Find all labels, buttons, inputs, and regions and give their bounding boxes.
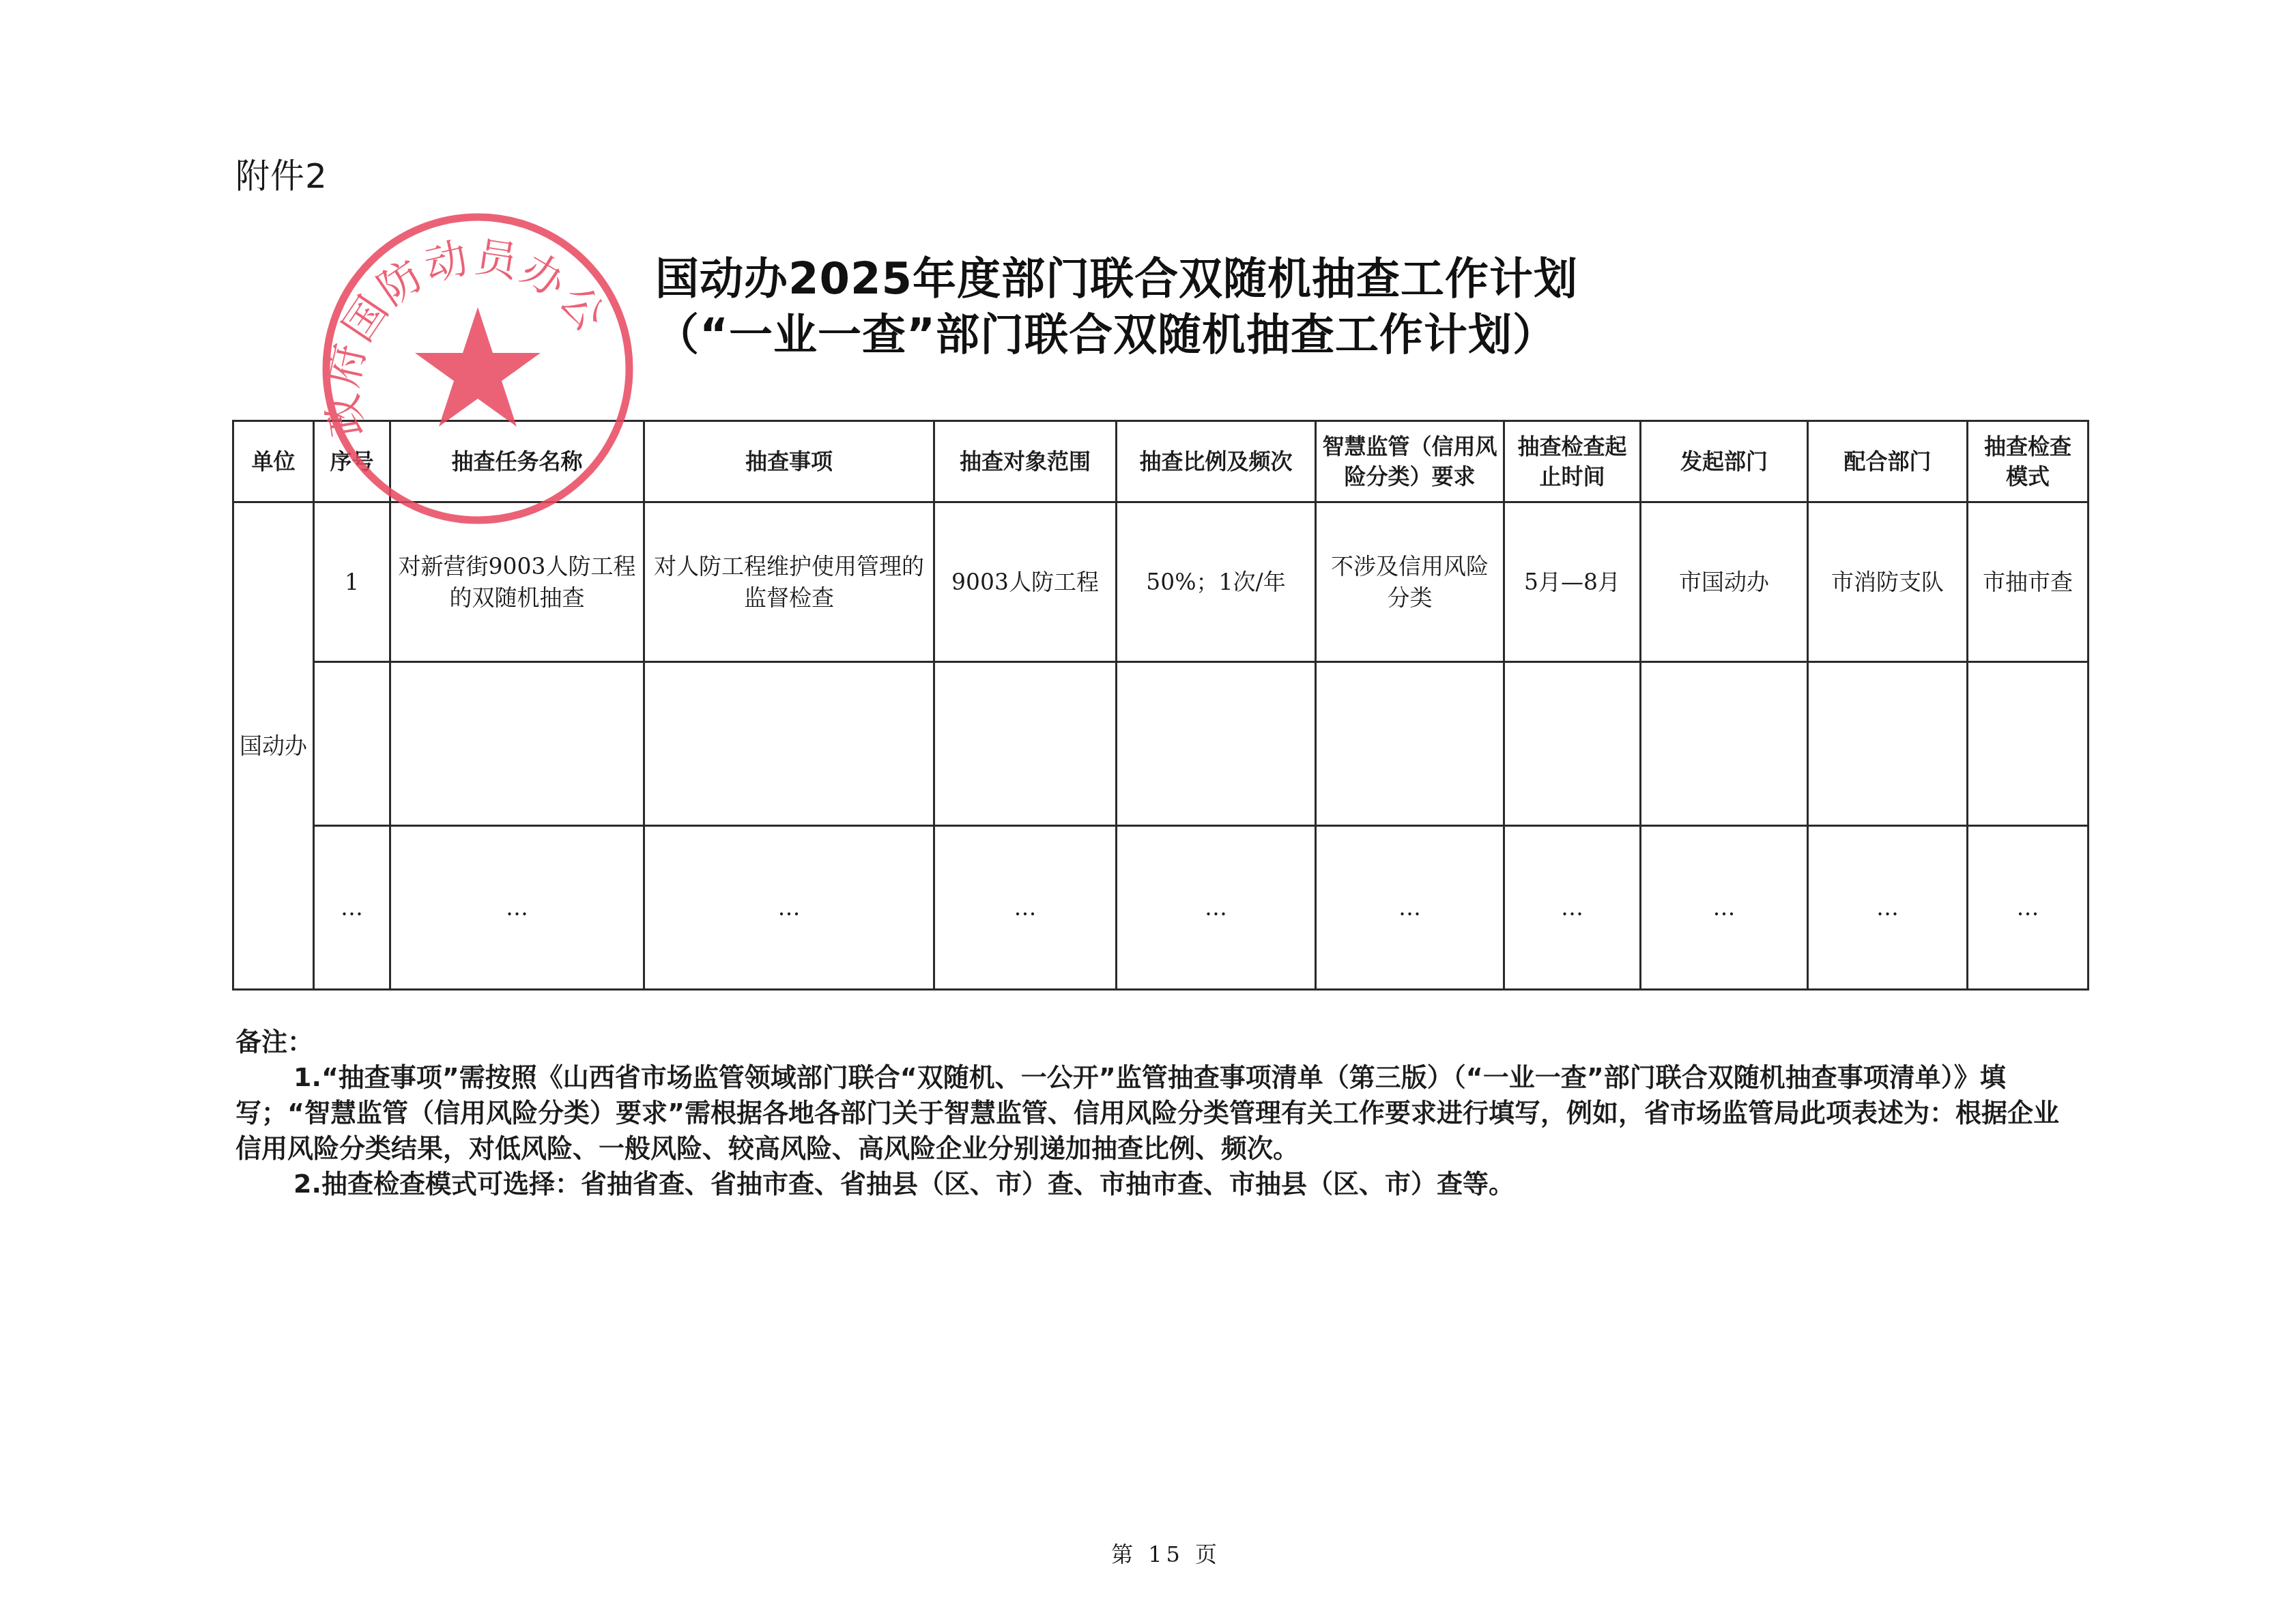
page-number: 第 15 页 xyxy=(1111,1537,1221,1569)
cooperator-cell: 市消防支队 xyxy=(1808,502,1968,662)
cooperator-cell xyxy=(1808,662,1968,826)
initiator-cell xyxy=(1641,662,1808,826)
smart-supervision-cell: … xyxy=(1316,826,1504,990)
seq-cell: 1 xyxy=(314,502,390,662)
smart-supervision-cell: 不涉及信用风险分类 xyxy=(1316,502,1504,662)
items-cell: 对人防工程维护使用管理的监督检查 xyxy=(644,502,934,662)
table-row: ………………………… xyxy=(233,826,2089,990)
column-header: 智慧监管（信用风险分类）要求 xyxy=(1316,421,1504,502)
period-cell: … xyxy=(1504,826,1641,990)
seal-text: 政府国防动员办公室 xyxy=(317,208,617,440)
initiator-cell: … xyxy=(1641,826,1808,990)
attachment-label: 附件2 xyxy=(235,149,328,198)
task-name-cell xyxy=(390,662,644,826)
table-header-row: 单位序号抽查任务名称抽查事项抽查对象范围抽查比例及频次智慧监管（信用风险分类）要… xyxy=(233,421,2089,502)
unit-cell: 国动办 xyxy=(233,502,314,990)
column-header: 单位 xyxy=(233,421,314,502)
mode-cell: 市抽市查 xyxy=(1968,502,2089,662)
items-cell: … xyxy=(644,826,934,990)
period-cell xyxy=(1504,662,1641,826)
column-header: 抽查检查起止时间 xyxy=(1504,421,1641,502)
column-header: 发起部门 xyxy=(1641,421,1808,502)
title-line-1: 国动办2025年度部门联合双随机抽查工作计划 xyxy=(655,251,1679,307)
note-item-2: 2.抽查检查模式可选择：省抽省查、省抽市查、省抽县（区、市）查、市抽市查、市抽县… xyxy=(235,1166,2078,1201)
scope-cell: … xyxy=(934,826,1117,990)
cooperator-cell: … xyxy=(1808,826,1968,990)
table-row xyxy=(233,662,2089,826)
ratio-frequency-cell: 50%；1次/年 xyxy=(1117,502,1316,662)
mode-cell xyxy=(1968,662,2089,826)
column-header: 配合部门 xyxy=(1808,421,1968,502)
notes-section: 备注： 1.“抽查事项”需按照《山西省市场监管领域部门联合“双随机、一公开”监管… xyxy=(235,1024,2078,1201)
table-row: 国动办1对新营街9003人防工程的双随机抽查对人防工程维护使用管理的监督检查90… xyxy=(233,502,2089,662)
task-name-cell: … xyxy=(390,826,644,990)
scope-cell: 9003人防工程 xyxy=(934,502,1117,662)
mode-cell: … xyxy=(1968,826,2089,990)
ratio-frequency-cell xyxy=(1117,662,1316,826)
ratio-frequency-cell: … xyxy=(1117,826,1316,990)
document-title: 国动办2025年度部门联合双随机抽查工作计划 （“一业一查”部门联合双随机抽查工… xyxy=(655,251,1679,363)
column-header: 抽查检查模式 xyxy=(1968,421,2089,502)
inspection-plan-table: 单位序号抽查任务名称抽查事项抽查对象范围抽查比例及频次智慧监管（信用风险分类）要… xyxy=(232,420,2089,991)
column-header: 抽查事项 xyxy=(644,421,934,502)
scope-cell xyxy=(934,662,1117,826)
svg-text:政府国防动员办公室: 政府国防动员办公室 xyxy=(317,208,617,440)
column-header: 抽查任务名称 xyxy=(390,421,644,502)
title-line-2: （“一业一查”部门联合双随机抽查工作计划） xyxy=(655,307,1679,363)
smart-supervision-cell xyxy=(1316,662,1504,826)
column-header: 抽查比例及频次 xyxy=(1117,421,1316,502)
column-header: 序号 xyxy=(314,421,390,502)
period-cell: 5月—8月 xyxy=(1504,502,1641,662)
seq-cell: … xyxy=(314,826,390,990)
items-cell xyxy=(644,662,934,826)
task-name-cell: 对新营街9003人防工程的双随机抽查 xyxy=(390,502,644,662)
notes-heading: 备注： xyxy=(235,1024,2078,1059)
column-header: 抽查对象范围 xyxy=(934,421,1117,502)
seq-cell xyxy=(314,662,390,826)
initiator-cell: 市国动办 xyxy=(1641,502,1808,662)
note-item-1: 1.“抽查事项”需按照《山西省市场监管领域部门联合“双随机、一公开”监管抽查事项… xyxy=(235,1059,2078,1166)
